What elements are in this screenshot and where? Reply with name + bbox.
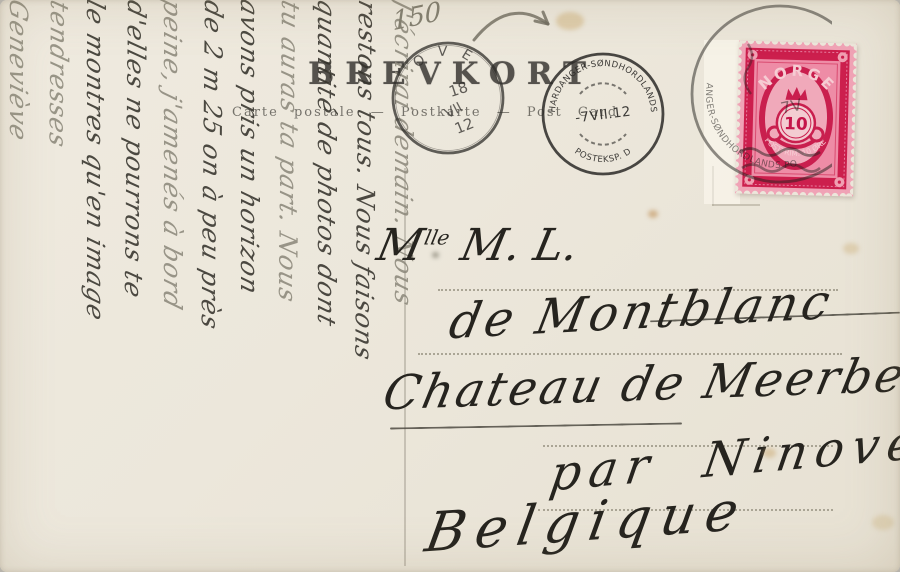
postmark-left-day: 18 bbox=[447, 78, 471, 101]
message-handwriting: J'écrirai demain. Nous restons tous. Nou… bbox=[0, 0, 422, 572]
message-line: d'elles ne pourrons te bbox=[111, 0, 155, 572]
postmark-stamp-date-fragment: 7V bbox=[779, 95, 804, 118]
handwritten-underline-2 bbox=[390, 422, 682, 429]
message-line: quantité de photos dont bbox=[307, 0, 346, 572]
address-line-name: de Montblanc bbox=[445, 274, 839, 351]
address-line-chateau: Chateau de Meerbeke bbox=[378, 346, 900, 422]
message-signature: Geneviève bbox=[0, 0, 37, 572]
message-line: avons pris un horizon bbox=[230, 0, 269, 572]
postmark-left: OVE 18 VII 12 bbox=[388, 38, 508, 158]
message-line: de 2 m 25 on à peu près bbox=[188, 0, 232, 572]
message-line: restons tous. Nous faisons bbox=[342, 0, 386, 572]
salutation-initials: M. L. bbox=[442, 220, 583, 271]
postmark-on-stamp: ANGER-SØNDHORDLANDS PO 7V bbox=[622, 2, 832, 202]
postcard-back: BREVKORT Carte postale — Postkarte — Pos… bbox=[0, 0, 900, 572]
stamp-box-corner-horizontal bbox=[712, 204, 760, 206]
message-line: le montres qu'en image bbox=[76, 0, 115, 572]
message-line: tendresses bbox=[34, 0, 78, 572]
pencil-price-note: 150 bbox=[392, 0, 442, 37]
salutation-initial: M bbox=[373, 220, 429, 271]
message-line: tu auras ta part. Nous bbox=[265, 0, 309, 572]
address-line-country: Belgique bbox=[421, 478, 754, 564]
pencil-arrow-mark bbox=[468, 0, 563, 52]
message-line: peine, j'amenés à bord bbox=[153, 0, 192, 572]
address-salutation: Mlle M. L. bbox=[373, 220, 584, 271]
